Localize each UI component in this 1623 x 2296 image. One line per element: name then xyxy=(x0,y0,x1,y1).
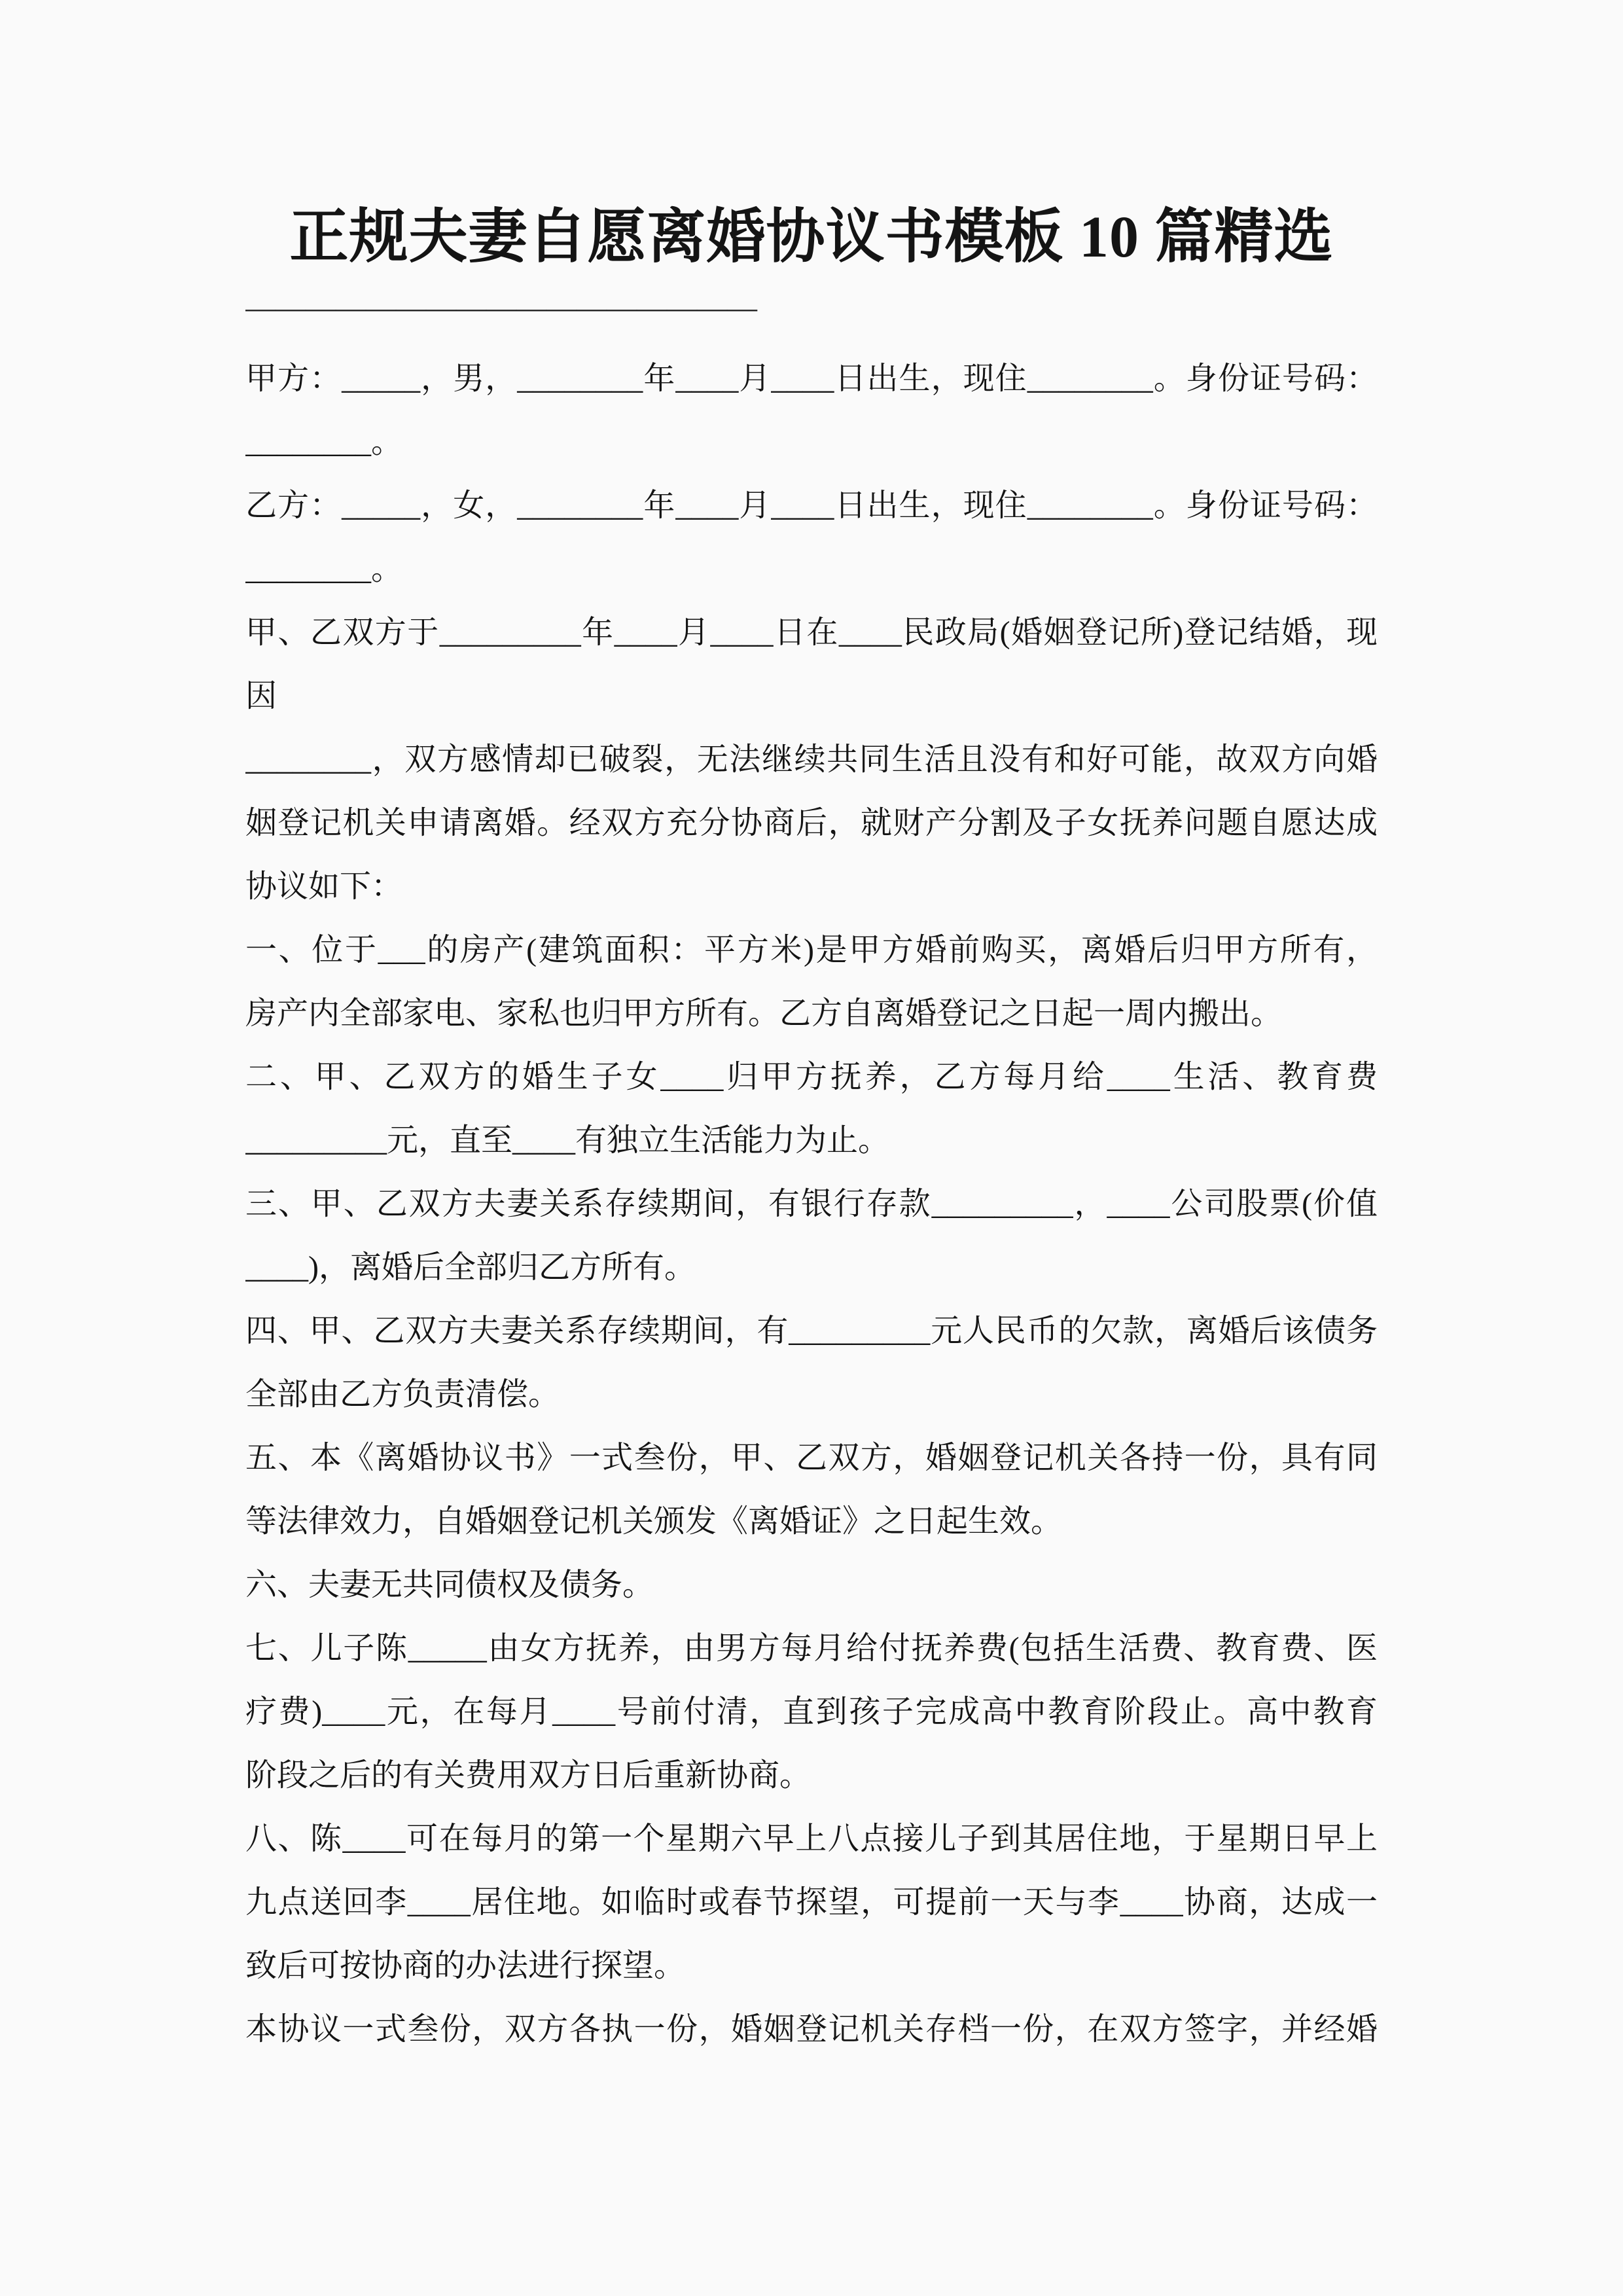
document-line: 协议如下： xyxy=(245,855,1378,918)
document-line: 八、陈____可在每月的第一个星期六早上八点接儿子到其居住地，于星期日早上 xyxy=(245,1807,1378,1871)
document-line: 等法律效力，自婚姻登记机关颁发《离婚证》之日起生效。 xyxy=(245,1490,1378,1553)
document-line: 二、甲、乙双方的婚生子女____归甲方抚养，乙方每月给____生活、教育费 xyxy=(245,1045,1378,1109)
separator-line: ————————————————— xyxy=(245,293,1378,323)
document-line: _________元，直至____有独立生活能力为止。 xyxy=(245,1109,1378,1172)
document-line: 七、儿子陈_____由女方抚养，由男方每月给付抚养费(包括生活费、教育费、医 xyxy=(245,1617,1378,1680)
document-line: 本协议一式叁份，双方各执一份，婚姻登记机关存档一份，在双方签字，并经婚 xyxy=(245,1998,1378,2061)
page-title: 正规夫妻自愿离婚协议书模板 10 篇精选 xyxy=(245,208,1378,267)
document-line: 阶段之后的有关费用双方日后重新协商。 xyxy=(245,1744,1378,1807)
document-line: 九点送回李____居住地。如临时或春节探望，可提前一天与李____协商，达成一 xyxy=(245,1871,1378,1934)
document-line: 甲方：_____，男，________年____月____日出生，现住_____… xyxy=(245,347,1378,410)
document-line: 疗费)____元，在每月____号前付清，直到孩子完成高中教育阶段止。高中教育 xyxy=(245,1680,1378,1744)
document-line: 房产内全部家电、家私也归甲方所有。乙方自离婚登记之日起一周内搬出。 xyxy=(245,982,1378,1045)
document-line: 致后可按协商的办法进行探望。 xyxy=(245,1934,1378,1998)
document-line: ____)，离婚后全部归乙方所有。 xyxy=(245,1236,1378,1299)
document-body: 甲方：_____，男，________年____月____日出生，现住_____… xyxy=(245,347,1378,2061)
document-line: 五、本《离婚协议书》一式叁份，甲、乙双方，婚姻登记机关各持一份，具有同 xyxy=(245,1426,1378,1490)
document-line: 四、甲、乙双方夫妻关系存续期间，有_________元人民币的欠款，离婚后该债务 xyxy=(245,1299,1378,1363)
document-line: ________，双方感情却已破裂，无法继续共同生活且没有和好可能，故双方向婚 xyxy=(245,728,1378,791)
document-line: ________。 xyxy=(245,537,1378,601)
document-line: 乙方：_____，女，________年____月____日出生，现住_____… xyxy=(245,474,1378,537)
document-line: 三、甲、乙双方夫妻关系存续期间，有银行存款_________，____公司股票(… xyxy=(245,1172,1378,1236)
document-page: 正规夫妻自愿离婚协议书模板 10 篇精选 ————————————————— 甲… xyxy=(0,0,1623,2296)
document-line: 六、夫妻无共同债权及债务。 xyxy=(245,1553,1378,1617)
document-line: 全部由乙方负责清偿。 xyxy=(245,1363,1378,1426)
document-line: 因 xyxy=(245,664,1378,728)
document-line: 甲、乙双方于_________年____月____日在____民政局(婚姻登记所… xyxy=(245,601,1378,664)
document-line: ________。 xyxy=(245,410,1378,474)
document-line: 姻登记机关申请离婚。经双方充分协商后，就财产分割及子女抚养问题自愿达成 xyxy=(245,791,1378,855)
document-line: 一、位于___的房产(建筑面积：平方米)是甲方婚前购买，离婚后归甲方所有， xyxy=(245,918,1378,982)
